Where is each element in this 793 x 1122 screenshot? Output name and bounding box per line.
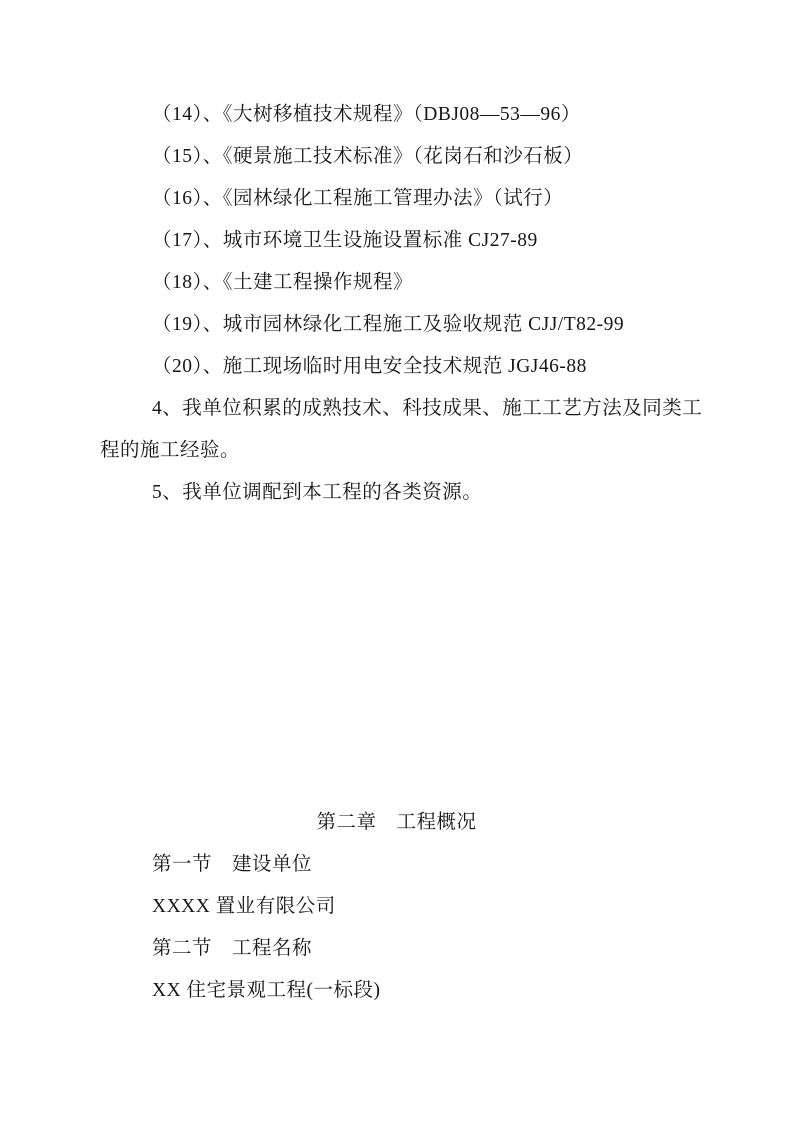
reference-item-18: （18）、《土建工程操作规程》 [100,262,693,304]
reference-item-20: （20）、施工现场临时用电安全技术规范 JGJ46-88 [100,346,693,388]
paragraph-resources: 5、我单位调配到本工程的各类资源。 [100,472,693,514]
page-body-text: （14）、《大树移植技术规程》（DBJ08—53—96） （15）、《硬景施工技… [100,94,693,514]
paragraph-experience-line-1: 4、我单位积累的成熟技术、科技成果、施工工艺方法及同类工 [100,388,693,430]
construction-unit-name: XXXX 置业有限公司 [100,886,693,928]
reference-item-14: （14）、《大树移植技术规程》（DBJ08—53—96） [100,94,693,136]
section-1-heading: 第一节 建设单位 [100,844,693,886]
paragraph-experience-line-2: 程的施工经验。 [100,430,693,472]
reference-item-17: （17）、城市环境卫生设施设置标准 CJ27-89 [100,220,693,262]
document-page: （14）、《大树移植技术规程》（DBJ08—53—96） （15）、《硬景施工技… [0,0,793,1122]
chapter-2-block: 第二章 工程概况 第一节 建设单位 XXXX 置业有限公司 第二节 工程名称 X… [100,802,693,1012]
reference-item-16: （16）、《园林绿化工程施工管理办法》（试行） [100,178,693,220]
reference-item-15: （15）、《硬景施工技术标准》（花岗石和沙石板） [100,136,693,178]
chapter-title: 第二章 工程概况 [100,802,693,844]
reference-item-19: （19）、城市园林绿化工程施工及验收规范 CJJ/T82-99 [100,304,693,346]
project-name: XX 住宅景观工程(一标段) [100,970,693,1012]
section-2-heading: 第二节 工程名称 [100,928,693,970]
